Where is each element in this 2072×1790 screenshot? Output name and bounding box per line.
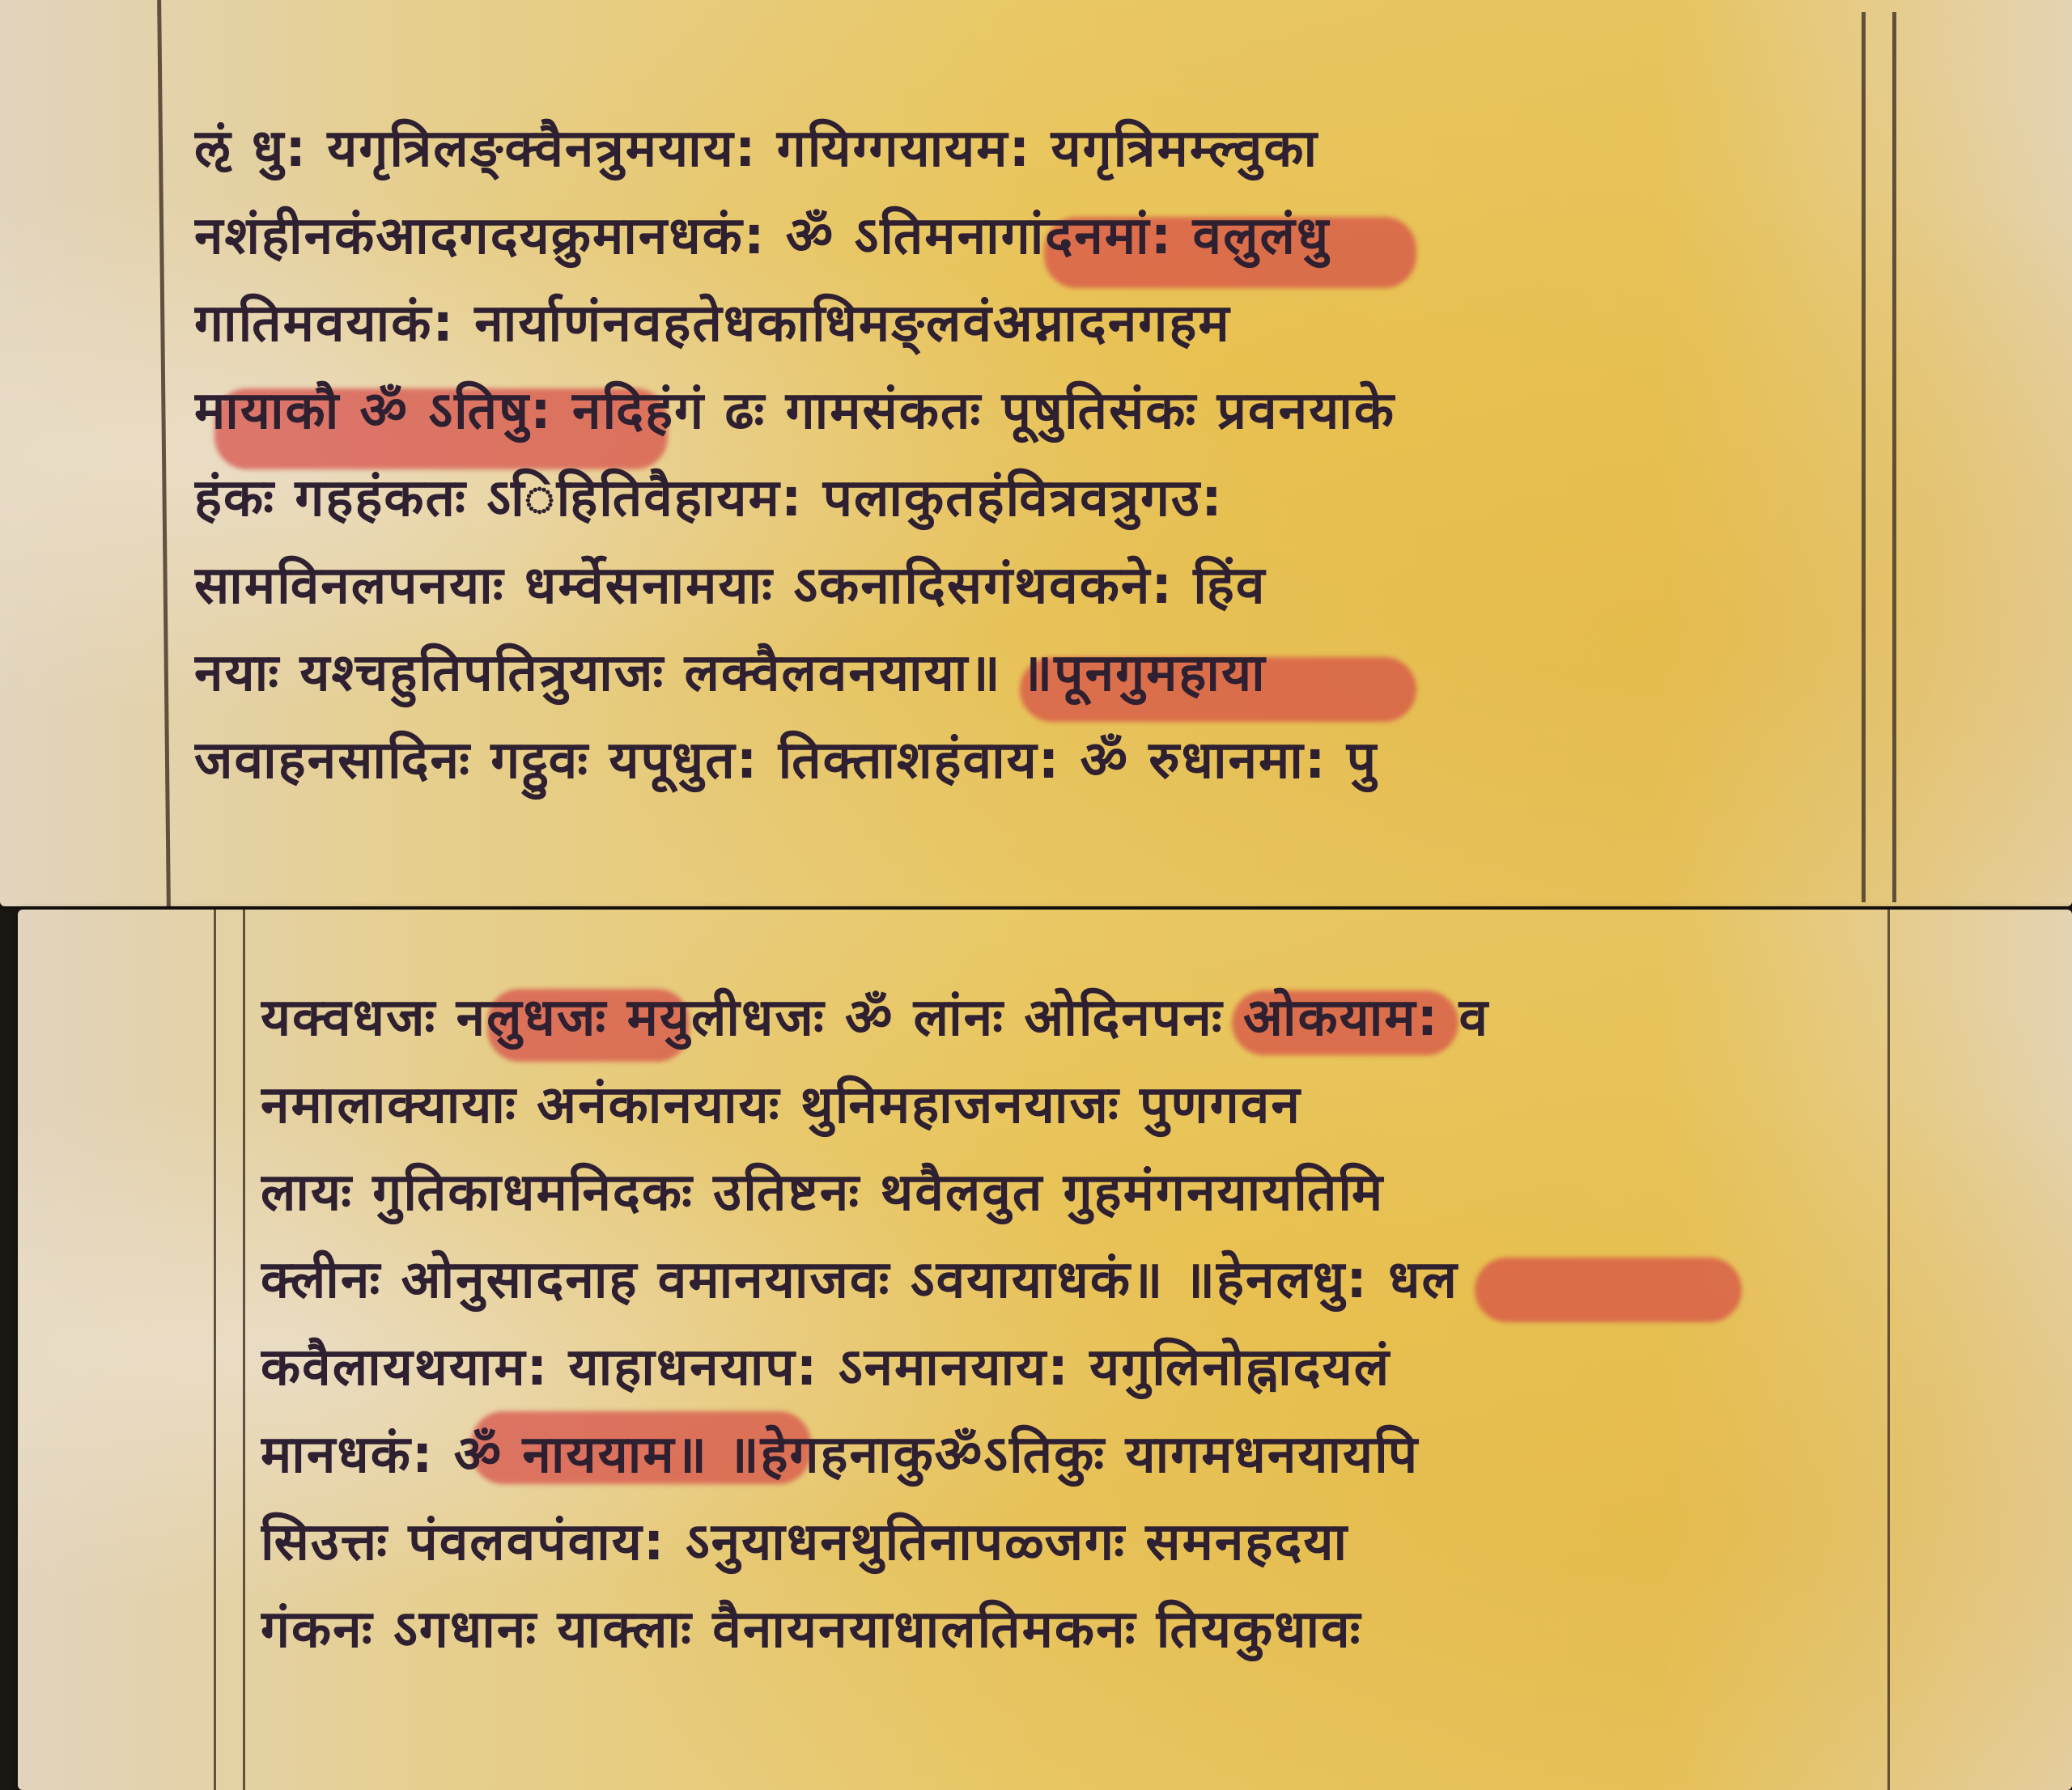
manuscript-folio-top: ऌं धु: यगृत्रिलङ्क्वैनत्रुमयाय: गयिग्गया… (0, 0, 2072, 906)
left-margin-rule (214, 910, 216, 1790)
right-margin-rule-2 (1892, 12, 1896, 902)
manuscript-line: गंकनः ऽगधानः याक्लाः वैनायनयाधालतिमकनः त… (261, 1586, 1879, 1673)
manuscript-line: सिउत्तः पंवलवपंवाय: ऽनुयाधनथुतिनापळ्जगः … (261, 1499, 1879, 1586)
manuscript-line: मायाकौ ॐ ऽतिषु: नदिहंगं ढः गामसंकतः पूषु… (194, 367, 1853, 455)
manuscript-line: लायः गुतिकाधमनिदकः उतिष्टनः थवैलवुत गुहम… (261, 1149, 1879, 1236)
manuscript-line: कवैलायथयाम: याहाधनयाप: ऽनमानयाय: यगुलिनो… (261, 1324, 1879, 1411)
manuscript-line: सामविनलपनयाः धर्म्वेसनामयाः ऽकनादिसगंथवक… (194, 542, 1853, 630)
text-block-bottom: यक्वधजः नलुधजः मयुलीधजः ॐ लांनः ओदिनपनः … (261, 974, 1879, 1673)
manuscript-line: हंकः गहहंकतः ऽिहितिवैहायम: पलाकुतहंवित्र… (194, 455, 1853, 542)
manuscript-line: मानधकं: ॐ नाययाम॥ ॥हेगहनाकुॐऽतिकुः यागमध… (261, 1411, 1879, 1499)
manuscript-line: नमालाक्यायाः अनंकानयायः थुनिमहाजनयाजः पु… (261, 1062, 1879, 1149)
manuscript-line: गातिमवयाकं: नार्याणंनवहतेधकाधिमङ्लवंअप्न… (194, 280, 1853, 367)
manuscript-folio-bottom: यक्वधजः नलुधजः मयुलीधजः ॐ लांनः ओदिनपनः … (18, 910, 2072, 1790)
manuscript-line: नशंहीनकंआदगदयक्रुमानधकं: ॐ ऽतिमनागांदनमा… (194, 193, 1853, 280)
left-margin-rule-2 (243, 910, 245, 1790)
text-block-top: ऌं धु: यगृत्रिलङ्क्वैनत्रुमयाय: गयिग्गया… (194, 105, 1853, 804)
manuscript-line: ऌं धु: यगृत्रिलङ्क्वैनत्रुमयाय: गयिग्गया… (194, 105, 1853, 193)
right-margin-rule (1862, 12, 1866, 902)
manuscript-line: जवाहनसादिनः गट्ठुवः यपूधुत: तिक्ताशहंवाय… (194, 717, 1853, 804)
left-margin-rule (157, 0, 171, 906)
manuscript-line: क्लीनः ओनुसादनाह वमानयाजवः ऽवयायाधकं॥ ॥ह… (261, 1236, 1879, 1324)
manuscript-line: नयाः यश्चहुतिपतित्रुयाजः लक्वैलवनयाया॥ ॥… (194, 630, 1853, 717)
right-margin-rule (1887, 910, 1890, 1790)
manuscript-line: यक्वधजः नलुधजः मयुलीधजः ॐ लांनः ओदिनपनः … (261, 974, 1879, 1062)
